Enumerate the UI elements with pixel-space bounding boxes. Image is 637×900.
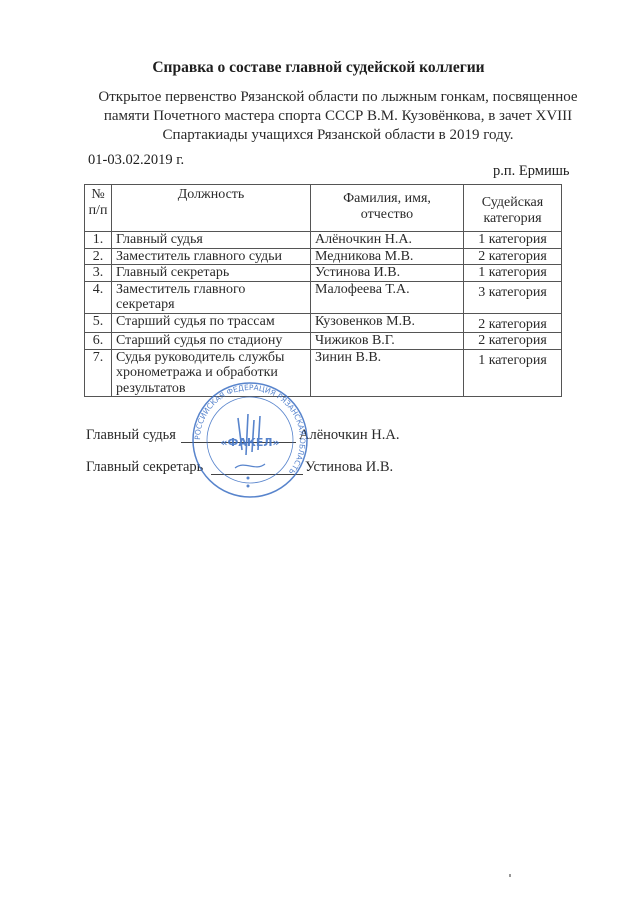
cell-position: Старший судья по стадиону <box>112 333 311 350</box>
cell-category: 1 категория <box>464 349 562 397</box>
subtitle-line: Открытое первенство Рязанской области по… <box>88 88 588 107</box>
header-number: № п/п <box>85 185 112 232</box>
event-date: 01-03.02.2019 г. <box>88 152 184 169</box>
cell-position: Главный секретарь <box>112 265 311 282</box>
table-row: 1.Главный судьяАлёночкин Н.А.1 категория <box>85 232 562 249</box>
header-name: Фамилия, имя, отчество <box>311 185 464 232</box>
cell-category: 2 категория <box>464 313 562 333</box>
table-row: 3.Главный секретарьУстинова И.В.1 катего… <box>85 265 562 282</box>
cell-name: Кузовенков М.В. <box>311 313 464 333</box>
table-row: 5.Старший судья по трассамКузовенков М.В… <box>85 313 562 333</box>
scan-speck <box>509 874 511 877</box>
subtitle-line: памяти Почетного мастера спорта СССР В.М… <box>88 107 588 126</box>
cell-name: Устинова И.В. <box>311 265 464 282</box>
cell-name: Алёночкин Н.А. <box>311 232 464 249</box>
signature-name-chief-secretary: Устинова И.В. <box>305 459 393 476</box>
cell-number: 2. <box>85 248 112 265</box>
cell-category: 1 категория <box>464 232 562 249</box>
judges-table: № п/п Должность Фамилия, имя, отчество С… <box>84 184 562 397</box>
header-category: Судейская категория <box>464 185 562 232</box>
cell-number: 3. <box>85 265 112 282</box>
cell-position: Заместитель главного секретаря <box>112 281 311 313</box>
cell-number: 1. <box>85 232 112 249</box>
cell-number: 4. <box>85 281 112 313</box>
cell-category: 3 категория <box>464 281 562 313</box>
cell-number: 5. <box>85 313 112 333</box>
event-place: р.п. Ермишь <box>493 163 570 180</box>
subtitle-line: Спартакиады учащихся Рязанской области в… <box>88 126 588 145</box>
signature-name-chief-judge: Алёночкин Н.А. <box>299 427 399 444</box>
cell-position: Заместитель главного судьи <box>112 248 311 265</box>
header-position: Должность <box>112 185 311 232</box>
table-row: 2.Заместитель главного судьи Медникова М… <box>85 248 562 265</box>
table-row: 7.Судья руководитель службы хронометража… <box>85 349 562 397</box>
cell-position: Главный судья <box>112 232 311 249</box>
document-title: Справка о составе главной судейской колл… <box>0 59 637 77</box>
svg-text:«ФАКЕЛ»: «ФАКЕЛ» <box>220 436 279 449</box>
cell-name: Медникова М.В. <box>311 248 464 265</box>
cell-number: 6. <box>85 333 112 350</box>
cell-category: 1 категория <box>464 265 562 282</box>
cell-name: Зинин В.В. <box>311 349 464 397</box>
table-row: 6.Старший судья по стадионуЧижиков В.Г.2… <box>85 333 562 350</box>
table-row: 4.Заместитель главного секретаряМалофеев… <box>85 281 562 313</box>
signature-role-chief-secretary: Главный секретарь <box>86 459 203 476</box>
document-subtitle: Открытое первенство Рязанской области по… <box>88 88 588 145</box>
cell-name: Чижиков В.Г. <box>311 333 464 350</box>
cell-name: Малофеева Т.А. <box>311 281 464 313</box>
cell-category: 2 категория <box>464 248 562 265</box>
cell-number: 7. <box>85 349 112 397</box>
table-header-row: № п/п Должность Фамилия, имя, отчество С… <box>85 185 562 232</box>
cell-position: Старший судья по трассам <box>112 313 311 333</box>
cell-category: 2 категория <box>464 333 562 350</box>
signature-role-chief-judge: Главный судья <box>86 427 176 444</box>
organization-stamp: РОССИЙСКАЯ ФЕДЕРАЦИЯ РЯЗАНСКАЯ ОБЛАСТЬ «… <box>190 380 310 500</box>
